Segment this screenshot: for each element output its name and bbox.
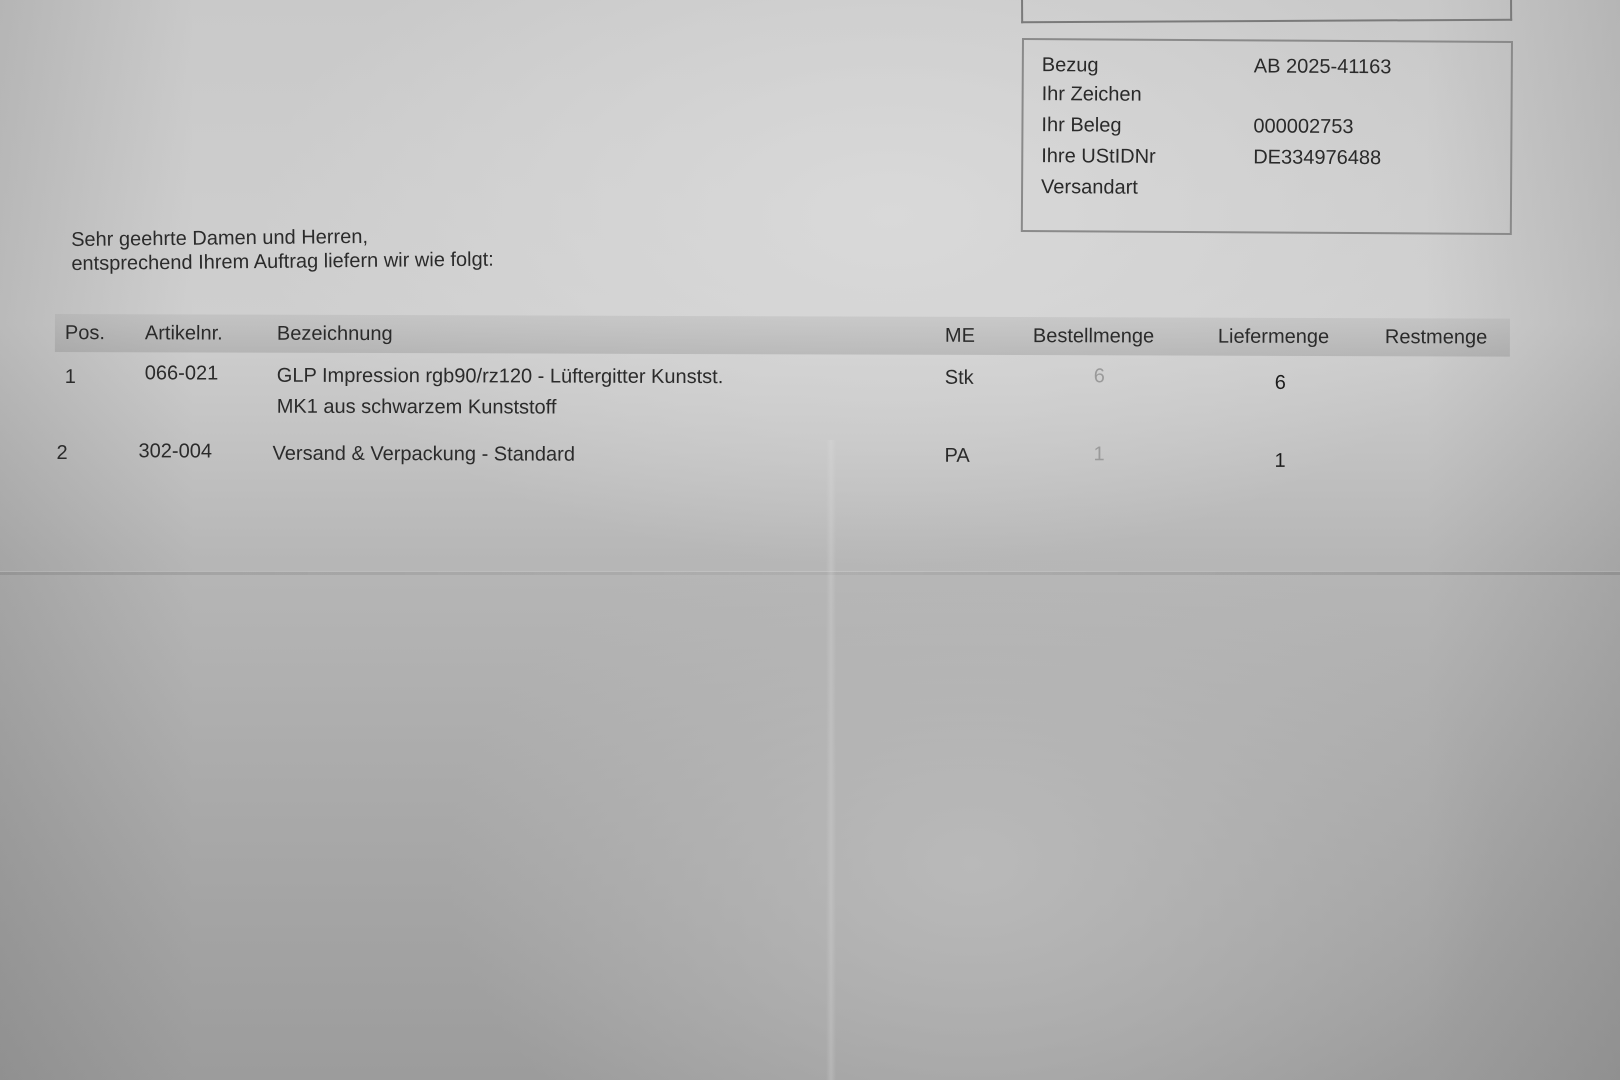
cell-artikelnr: 302-004 <box>139 440 212 463</box>
info-label: Versandart <box>1041 176 1138 200</box>
cell-bezeichnung: GLP Impression rgb90/rz120 - Lüftergitte… <box>277 365 724 420</box>
table-row: 2 302-004 Versand & Verpackung - Standar… <box>54 432 1509 487</box>
info-value: DE334976488 <box>1253 146 1381 170</box>
paper-fold-horizontal <box>0 571 1620 575</box>
header-bezeichnung: Bezeichnung <box>277 323 393 346</box>
info-label: Ihre UStIDNr <box>1041 145 1156 169</box>
paper-fold-vertical <box>826 440 836 1080</box>
reference-info-box: Bezug AB 2025-41163 Ihr Zeichen Ihr Bele… <box>1021 38 1513 235</box>
info-label: Ihr Zeichen <box>1042 83 1142 107</box>
salutation-line-2: entsprechend Ihrem Auftrag liefern wir w… <box>71 248 494 276</box>
header-artikelnr: Artikelnr. <box>145 322 223 345</box>
cell-bestellmenge: 6 <box>1094 365 1105 388</box>
header-bestellmenge: Bestellmenge <box>1033 325 1154 348</box>
header-me: ME <box>945 325 975 348</box>
cell-pos: 1 <box>65 366 76 389</box>
cell-bezeichnung: Versand & Verpackung - Standard <box>273 443 575 467</box>
items-table: Pos. Artikelnr. Bezeichnung ME Bestellme… <box>54 314 1510 487</box>
info-value: 000002753 <box>1253 115 1353 139</box>
header-liefermenge: Liefermenge <box>1218 326 1329 349</box>
cell-me: Stk <box>945 367 974 390</box>
cell-me: PA <box>945 445 970 468</box>
cell-pos: 2 <box>57 442 68 465</box>
salutation: Sehr geehrte Damen und Herren, entsprech… <box>71 224 494 276</box>
info-value: AB 2025-41163 <box>1254 55 1392 79</box>
address-box-partial <box>1021 0 1512 23</box>
cell-liefermenge: 1 <box>1275 450 1286 473</box>
table-header: Pos. Artikelnr. Bezeichnung ME Bestellme… <box>55 314 1510 357</box>
cell-bestellmenge: 1 <box>1094 443 1105 466</box>
header-pos: Pos. <box>65 322 105 345</box>
cell-artikelnr: 066-021 <box>145 362 218 385</box>
table-row: 1 066-021 GLP Impression rgb90/rz120 - L… <box>55 352 1510 437</box>
info-label: Bezug <box>1042 54 1099 77</box>
cell-liefermenge: 6 <box>1275 372 1286 395</box>
cell-bezeichnung-line-1: GLP Impression rgb90/rz120 - Lüftergitte… <box>277 365 724 388</box>
header-restmenge: Restmenge <box>1385 326 1487 349</box>
cell-bezeichnung-line-2: MK1 aus schwarzem Kunststoff <box>277 396 724 420</box>
info-label: Ihr Beleg <box>1041 114 1121 137</box>
